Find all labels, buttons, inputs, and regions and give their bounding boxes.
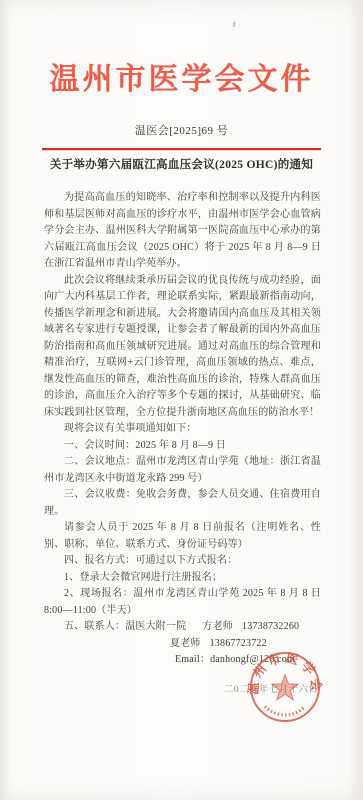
list-item-meeting-fee: 三、会议收费：免收会务费，参会人员交通、住宿费用自理。 [44, 487, 321, 520]
document-page: 温州市医学会文件 温医会[2025]69 号 关于举办第六届瓯江高血压会议(20… [0, 0, 363, 800]
official-seal-stamp: 温州市医学会 [245, 647, 325, 727]
list-item-meeting-place: 二、会议地点：温州市龙湾区青山学苑（地址：浙江省温州市龙湾区永中街道龙永路 29… [44, 454, 321, 487]
seal-star-icon [272, 675, 299, 700]
seal-bottom-marks [265, 707, 305, 715]
paragraph-notice-intro: 现将会议有关事项通知如下： [44, 421, 321, 438]
list-item-onsite-registration: 2、现场报名：温州市龙湾区青山学苑 2025 年 8 月 8 日 8:00—11… [44, 586, 321, 619]
seal-graphic: 温州市医学会 [245, 650, 324, 721]
letterhead-rule [42, 148, 321, 150]
email-label: Email： [175, 654, 210, 665]
list-item-meeting-time: 一、会议时间：2025 年 8 月 8—9 日 [44, 438, 321, 455]
list-item-registration-note: 请参会人员于 2025 年 8 月 8 日前报名（注明姓名、性别、职称、单位、联… [44, 520, 321, 553]
document-number: 温医会[2025]69 号 [0, 125, 363, 138]
letterhead-title: 温州市医学会文件 [0, 62, 363, 98]
contact-name: 方老师 [202, 621, 233, 632]
list-item-registration-method: 四、报名方式：可通过以下方式报名： [44, 553, 321, 570]
notice-title: 关于举办第六届瓯江高血压会议(2025 OHC)的通知 [0, 158, 363, 173]
paragraph-overview: 此次会议将继续秉承历届会议的优良传统与成功经验，面向广大内科基层工作者，理论联系… [44, 273, 321, 422]
paragraph-purpose: 为提高高血压的知晓率、治疗率和控制率以及提升内科医师和基层医师对高血压的诊疗水平… [44, 190, 321, 273]
contact-line-fang: 五、联系人：温医大附一院方老师13738732260 [44, 619, 321, 636]
scan-artifact [233, 22, 236, 27]
list-item-online-registration: 1、登录大会微官网进行注册报名； [44, 570, 321, 587]
contact-phone: 13738732260 [242, 621, 299, 632]
document-body: 为提高高血压的知晓率、治疗率和控制率以及提升内科医师和基层医师对高血压的诊疗水平… [44, 190, 321, 669]
contact-name: 夏老师 [170, 638, 201, 649]
contact-label: 五、联系人：温医大附一院 [64, 621, 186, 632]
